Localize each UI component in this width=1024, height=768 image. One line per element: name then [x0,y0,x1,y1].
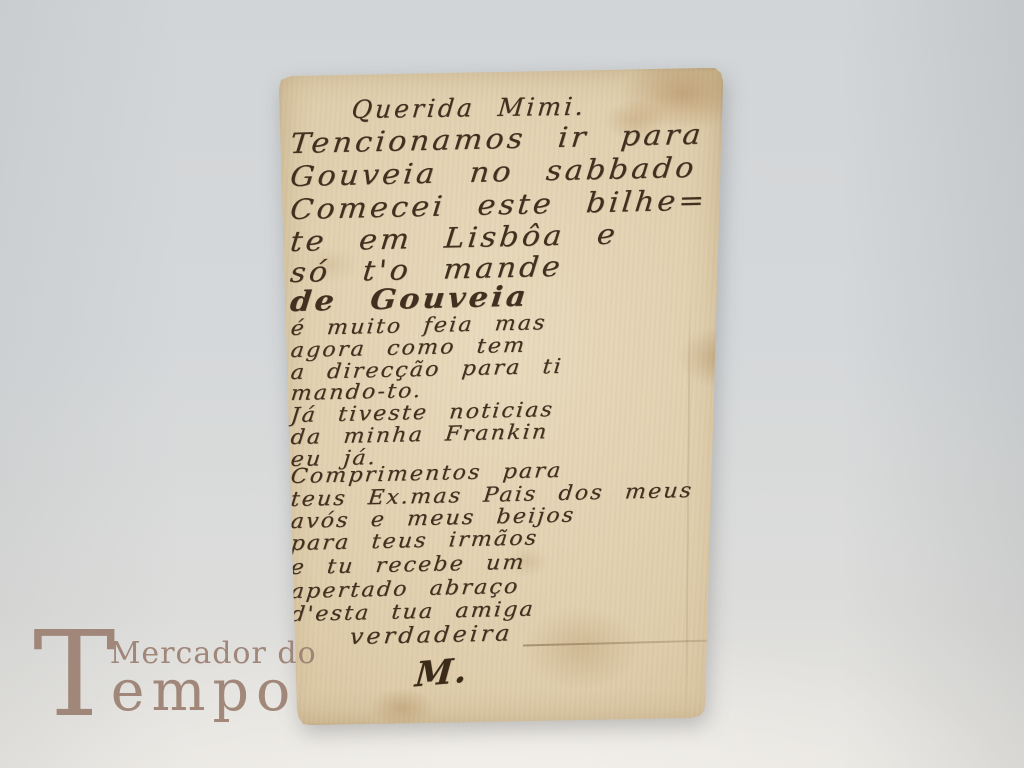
postcard-surface: Querida Mimi. Tencionamos ir paraGouveia… [277,67,724,727]
postcard: Querida Mimi. Tencionamos ir paraGouveia… [277,67,724,727]
letter-line: da minha Frankin [290,419,550,449]
watermark-initial: T [33,626,116,723]
letter-body: Tencionamos ir paraGouveia no sabbadoCom… [277,67,724,727]
letter-line: verdadeira [348,621,513,650]
photo-scene: Querida Mimi. Tencionamos ir paraGouveia… [0,0,1024,768]
watermark-logo: T Mercador do empo [33,626,317,723]
letter-signature: M. [413,650,470,695]
